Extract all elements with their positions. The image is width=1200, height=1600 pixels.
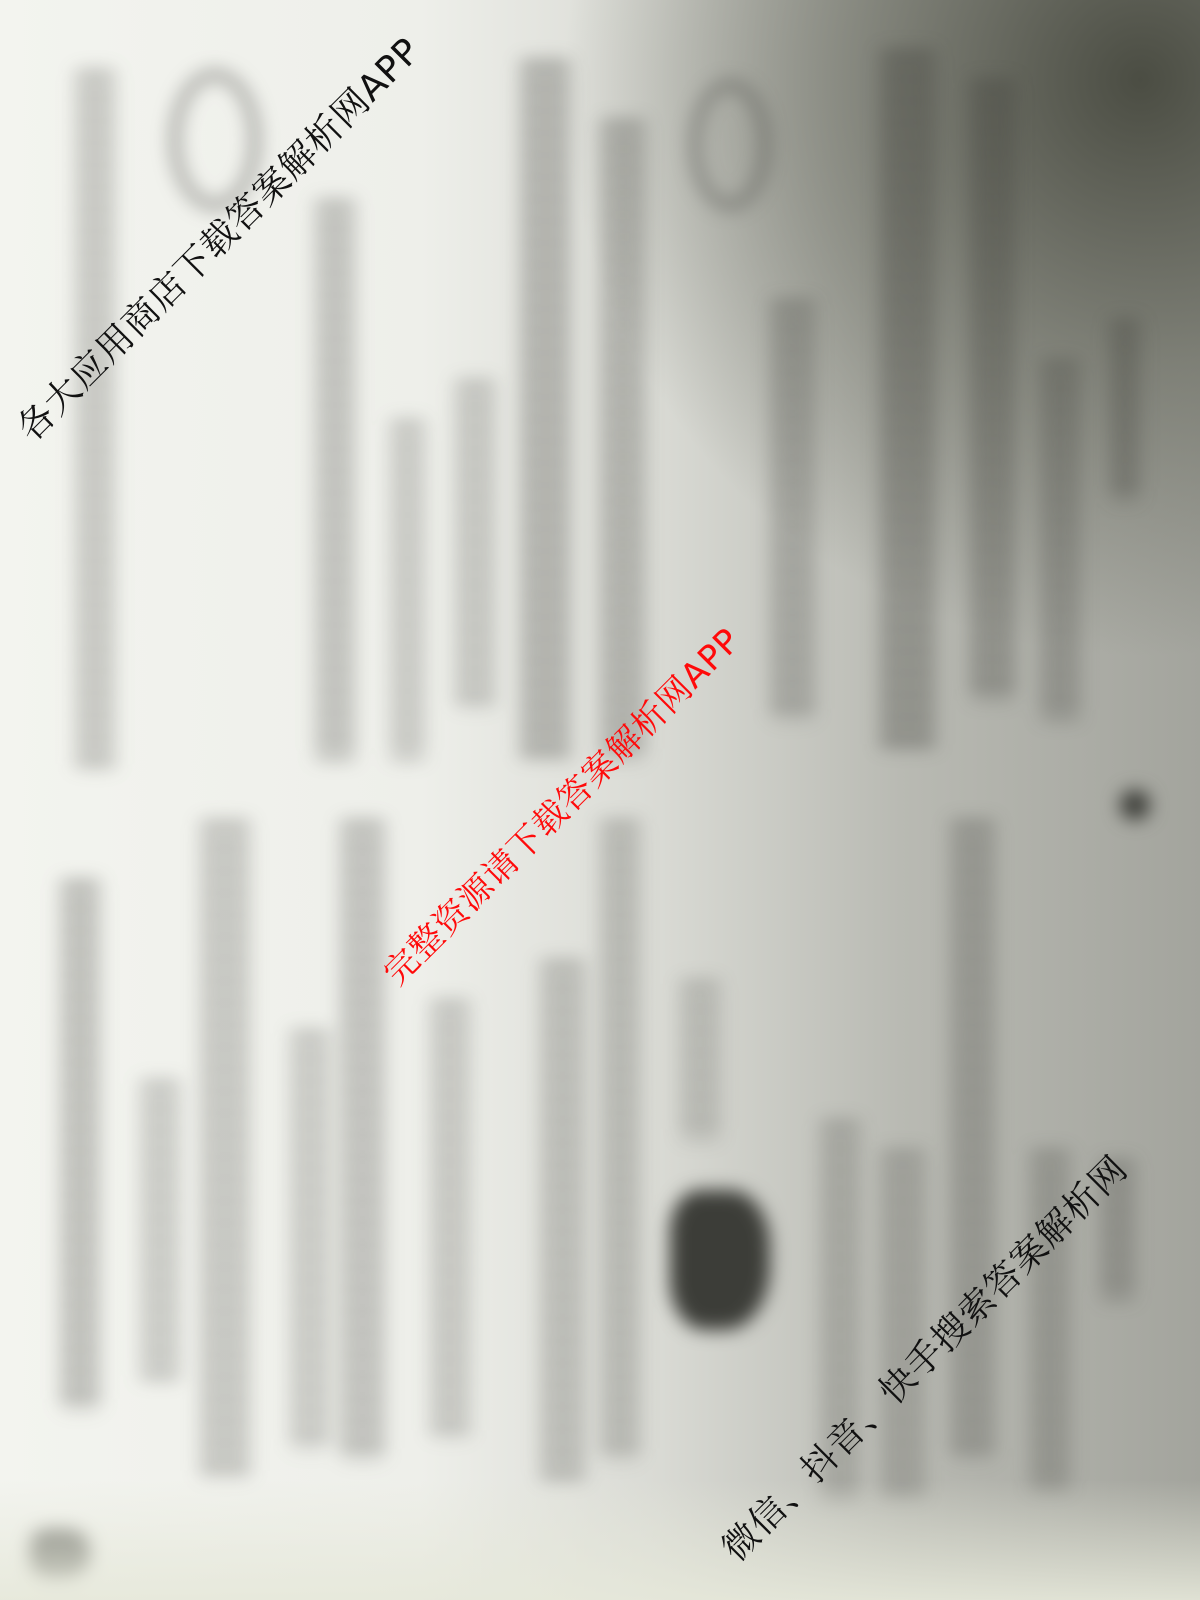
text-column	[680, 980, 720, 1140]
text-column	[75, 70, 115, 770]
text-column	[140, 1080, 180, 1380]
bullet-mark	[1120, 790, 1150, 820]
circle-mark-icon	[690, 80, 770, 210]
text-column	[455, 380, 495, 710]
text-column	[770, 300, 815, 720]
text-column	[970, 80, 1015, 700]
text-column	[520, 60, 570, 760]
text-column	[600, 120, 645, 760]
text-column	[315, 200, 355, 760]
text-column	[1110, 320, 1140, 500]
text-column	[540, 960, 585, 1480]
text-column	[1040, 360, 1080, 720]
page-edge-mark	[30, 1530, 90, 1580]
text-column	[60, 880, 100, 1410]
text-column	[880, 50, 935, 750]
text-column	[290, 1030, 330, 1450]
text-column	[200, 820, 250, 1480]
text-column	[430, 1000, 470, 1440]
text-column	[600, 820, 640, 1460]
figure-image	[670, 1190, 770, 1330]
text-column	[390, 420, 425, 760]
text-column	[950, 820, 995, 1460]
text-column	[340, 820, 385, 1460]
